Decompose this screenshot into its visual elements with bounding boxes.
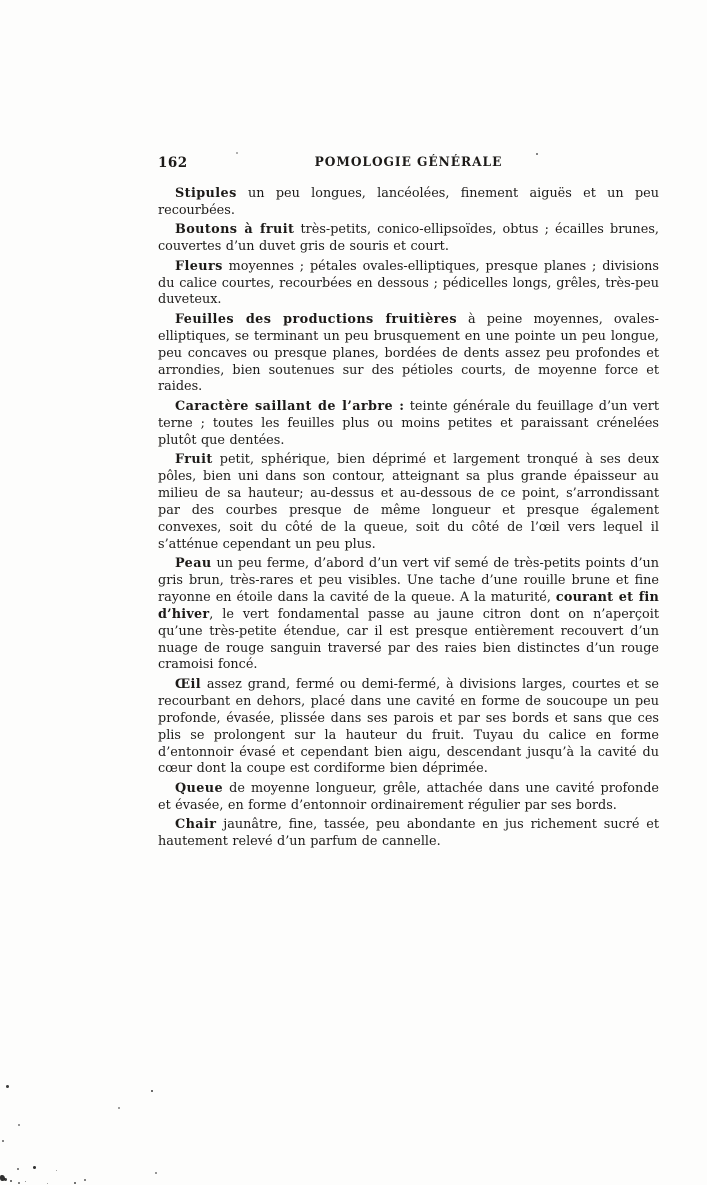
scan-speck	[17, 1168, 19, 1170]
paragraph-text: de moyenne longueur, grêle, attachée dan…	[158, 781, 659, 813]
scan-speck	[10, 1180, 12, 1182]
paragraph: Caractère saillant de l’arbre : teinte g…	[158, 399, 659, 450]
paragraph: Fleurs moyennes ; pétales ovales-ellipti…	[158, 259, 659, 310]
paragraph: Feuilles des productions fruitières à pe…	[158, 312, 659, 397]
paragraph-lead: Queue	[175, 781, 223, 796]
paragraph: Peau un peu ferme, d’abord d’un vert vif…	[158, 556, 659, 674]
scan-speck	[33, 1166, 36, 1169]
paragraph-lead: Fruit	[175, 452, 213, 467]
scan-speck	[6, 1085, 9, 1088]
scan-speck	[118, 1107, 120, 1109]
paragraph-text: , le vert fondamental passe au jaune cit…	[158, 607, 659, 673]
paragraph-text: jaunâtre, fine, tassée, peu abondante en…	[158, 817, 659, 849]
scan-speck	[2, 1140, 4, 1142]
text-block: Stipules un peu longues, lancéolées, fin…	[158, 186, 659, 851]
scan-speck	[236, 152, 238, 154]
paragraph-lead: Œil	[175, 677, 201, 692]
paragraph: Fruit petit, sphérique, bien déprimé et …	[158, 452, 659, 553]
scan-speck	[47, 1183, 48, 1184]
paragraph-lead: Caractère saillant de l’arbre :	[175, 399, 404, 414]
paragraph: Œil assez grand, fermé ou demi-fermé, à …	[158, 677, 659, 778]
paragraph-lead: Chair	[175, 817, 216, 832]
paragraph: Chair jaunâtre, fine, tassée, peu abonda…	[158, 817, 659, 851]
paragraph-lead: Peau	[175, 556, 212, 571]
scan-speck	[18, 1182, 20, 1184]
paragraph-lead: Boutons à fruit	[175, 222, 294, 237]
paragraph: Stipules un peu longues, lancéolées, fin…	[158, 186, 659, 220]
scan-speck	[25, 1181, 26, 1182]
scan-speck	[84, 1179, 86, 1181]
scan-speck	[536, 153, 538, 155]
paragraph-lead: Fleurs	[175, 259, 223, 274]
paragraph-lead: Feuilles des productions fruitières	[175, 312, 457, 327]
scan-speck	[56, 1170, 57, 1171]
scan-speck	[18, 1124, 20, 1126]
paragraph-text: assez grand, fermé ou demi-fermé, à divi…	[158, 677, 659, 777]
paragraph-text: moyennes ; pétales ovales-elliptiques, p…	[158, 259, 659, 308]
page-header: 162 POMOLOGIE GÉNÉRALE	[158, 155, 659, 173]
paragraph: Boutons à fruit très-petits, conico-elli…	[158, 222, 659, 256]
scan-speck	[4, 1178, 7, 1181]
running-title: POMOLOGIE GÉNÉRALE	[173, 155, 644, 170]
scan-speck	[155, 1172, 157, 1174]
paragraph-lead: Stipules	[175, 186, 237, 201]
scan-speck	[74, 1182, 76, 1184]
paragraph-text: petit, sphérique, bien déprimé et largem…	[158, 452, 659, 552]
scan-speck	[151, 1090, 153, 1092]
paragraph: Queue de moyenne longueur, grêle, attach…	[158, 781, 659, 815]
book-page: 162 POMOLOGIE GÉNÉRALE Stipules un peu l…	[0, 0, 707, 1185]
